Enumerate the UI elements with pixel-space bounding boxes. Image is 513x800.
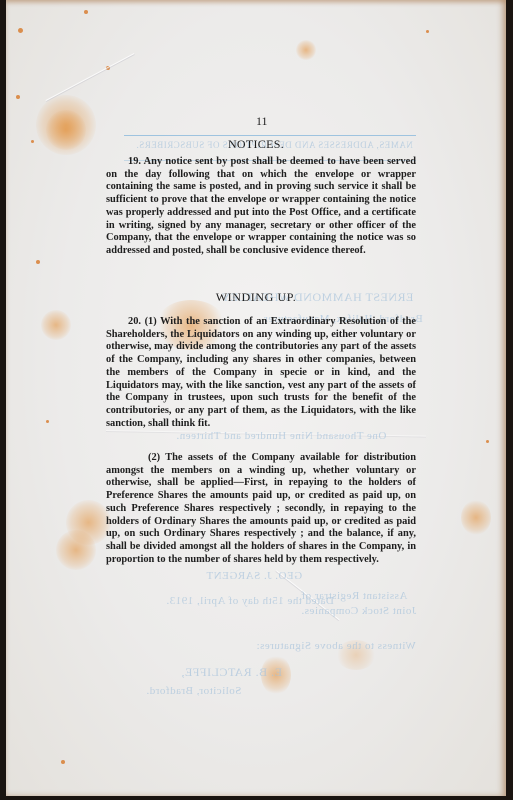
stain	[61, 760, 65, 764]
stain	[18, 28, 23, 33]
stain	[486, 440, 489, 443]
section-heading-notices: NOTICES.	[6, 137, 506, 152]
bleed-through-text: One Thousand Nine Hundred and Thirteen.	[176, 430, 386, 442]
page-number: 11	[256, 114, 268, 129]
paper-crease	[46, 53, 135, 102]
bleed-through-text: GEO. J. SARGENT	[206, 570, 302, 582]
bleed-through-text: Solicitor, Bradford.	[146, 685, 241, 697]
stain	[56, 530, 96, 570]
clause-20-1: 20. (1) With the sanction of an Extraord…	[106, 316, 416, 430]
stain	[41, 310, 71, 340]
bleed-through-text: Witness to the above Signatures:	[256, 640, 416, 652]
stain	[16, 95, 20, 99]
section-body-notices: 19. Any notice sent by post shall be dee…	[106, 156, 416, 258]
section-body-winding-up-1: 20. (1) With the sanction of an Extraord…	[106, 316, 416, 430]
stain	[296, 40, 316, 60]
clause-19: 19. Any notice sent by post shall be dee…	[106, 156, 416, 258]
bleed-through-text: Dated the 15th day of April, 1913.	[166, 595, 334, 607]
stain	[84, 10, 88, 14]
clause-20-2: (2) The assets of the Company available …	[106, 452, 416, 566]
section-heading-winding-up: WINDING UP.	[6, 290, 506, 305]
stain	[426, 30, 429, 33]
section-body-winding-up-2: (2) The assets of the Company available …	[106, 452, 416, 566]
table-rule	[124, 135, 416, 136]
document-page: NAMES, ADDRESSES AND DESCRIPTIONS OF SUB…	[6, 0, 506, 796]
bleed-through-text: E. B. RATCLIFFE,	[181, 665, 282, 680]
stain	[461, 500, 491, 535]
stain	[36, 260, 40, 264]
stain	[46, 420, 49, 423]
